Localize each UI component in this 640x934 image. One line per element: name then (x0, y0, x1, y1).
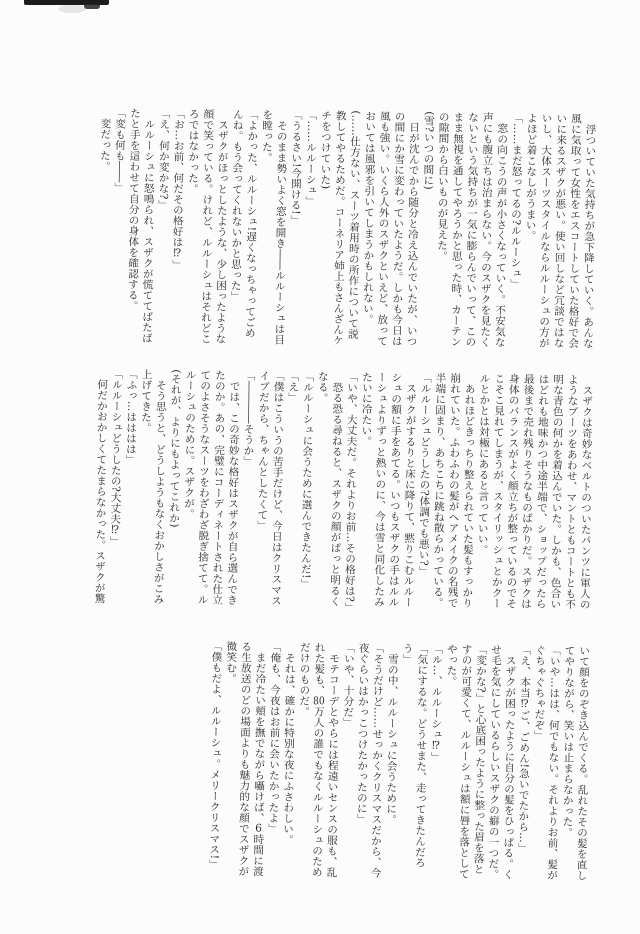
paragraph: 「いや、十分だ」 (338, 642, 356, 879)
paragraph: モテコーデとやらには程遠いセンスの服も、乱れた髪も、80万人の誰でもなくルルーシ… (294, 642, 341, 880)
text-band-bottom: いて顔をのぞき込んでくる。乱れたその髪を直してやりながら、笑いは止まらなかった。… (206, 641, 591, 883)
paragraph: 「僕もだよ、ルルーシュ。メリークリスマス!」 (206, 641, 224, 878)
paragraph: 日が沈んでから随分と冷え込んでいたが、いつの間にか雪に変わっていたようだ。しかも… (360, 110, 422, 348)
paragraph: 「――――そうか」 (239, 370, 257, 607)
paragraph: スザクが困ったように自分の髪をひっぱる。くせ毛を気にしているらしいスザクの癖の一… (485, 644, 517, 881)
tatechuyoko-number: 6 (252, 823, 264, 834)
paragraph: そのまま勢いよく窓を開き――ルルーシュは目を瞠った。 (257, 109, 289, 346)
paragraph: 窓の向こうの声が小さくなっていく。不安気な声にも腹立ちは治まらない。今のスザクを… (433, 111, 509, 349)
paragraph: スザクがほっとしたような、少し困ったような顔で笑っている。けれど、ルルーシュはそ… (183, 108, 230, 346)
paragraph: 「うるさい!今開ける!」 (286, 110, 304, 347)
tatechuyoko-number: 80 (313, 695, 325, 706)
paragraph: いて顔をのぞき込んでくる。乱れたその髪を直してやりながら、笑いは止まらなかった。 (559, 645, 591, 882)
paragraph: 「ルルーシュどうしたの?大丈夫⁉」 (107, 368, 125, 605)
paragraph: あれほどきっちり整えられていた髪もすっかり崩れていた。ふわふわの髪がヘアメイクの… (430, 372, 477, 610)
paragraph: 「ルルーシュに会うために選んできたんだ!」 (298, 371, 316, 608)
paragraph: 「いや、大丈夫だ。それよりお前…その格好は?」 (342, 371, 360, 608)
paragraph: 何だかおかしくてたまらなかった。スザクが驚 (92, 368, 110, 605)
paragraph: 「よかった、ルルーシュ!遅くなっちゃってごめんね。もう会ってくれないかと思った」 (227, 109, 259, 346)
paragraph: では、この奇妙な格好はスザクが自ら選んできたのか。あの、完璧にコーディネートされ… (180, 369, 242, 607)
paragraph: 恐る恐る尋ねると、スザクの顔がぱっと明るくなる。 (312, 371, 344, 608)
paragraph: 変だった。 (95, 107, 113, 344)
paragraph: それは、確かに特別な夜にふさわしい。 (280, 642, 298, 879)
text-band-middle: スザクは奇妙なベルトのついたパンツに軍人のようなブーツをあわせ、マントともコート… (92, 368, 595, 611)
paragraph: そう思うと、どうしようもなくおかしさがこみ上げてきた。 (136, 369, 168, 606)
paragraph: 「僕はこういうの苦手だけど、今日はクリスマスイブだから、ちゃんとしたくて」 (254, 370, 286, 607)
paragraph: 「ル…、ルルーシュ⁉」 (427, 643, 445, 880)
paragraph: 「え、本当⁉ご、ごめん!急いでたから…」 (515, 644, 533, 881)
text-band-top: 浮ついていた気持ちが急下降していく。あんな風に気取って女性をエスコートしていた格… (95, 107, 598, 350)
paragraph: (雪?いつの間に) (418, 111, 436, 348)
paragraph: 「え、何か変かな?」 (154, 108, 172, 345)
paragraph: 「ふっ…はははは」 (121, 369, 139, 606)
paragraph: 「気にするな。どうせまた、走ってきたんだろう」 (397, 643, 429, 880)
paragraph: 「……まだ怒ってるの?ルルーシュ」 (507, 112, 525, 349)
paragraph: 「変かな?」と心底困ったように整った眉を落とすのが可愛くて、ルルーシュは額に唇を… (441, 644, 488, 882)
paragraph: (それが、よりにもよってこれか) (165, 369, 183, 606)
paragraph: ルルーシュに怒鳴られ、スザクが慌ててばたばたと手を這わせて自分の身体を確認する。 (124, 108, 156, 345)
paragraph: まだ冷たい頬を撫でながら囁けば、6時間に渡る生放送のどの場面よりも魅力的な顔でス… (221, 641, 268, 879)
paragraph: 「そうだけど……せっかくクリスマスだから、今夜ぐらいはかっこつけたかったのに」 (353, 642, 385, 879)
paragraph: スザクがするりと床に降りて、黙りこむルルーシュの額に手をあてる。いつもスザクの手… (356, 371, 418, 609)
paragraph: (……仕方ない、スーツ着用時の所作について説教してやるためだ。コーネリア姉上もさ… (316, 110, 363, 348)
paragraph: スザクは奇妙なベルトのついたパンツに軍人のようなブーツをあわせ、マントともコート… (474, 373, 595, 611)
paragraph: 雪の中、ルルーシュに会うために。 (383, 643, 401, 880)
scanned-novel-page: 浮ついていた気持ちが急下降していく。あんな風に気取って女性をエスコートしていた格… (0, 0, 640, 934)
paragraph: 浮ついていた気持ちが急下降していく。あんな風に気取って女性をエスコートしていた格… (521, 112, 597, 350)
paragraph: 「お…お前、何だその格好は⁉」 (169, 108, 187, 345)
text-layer: 浮ついていた気持ちが急下降していく。あんな風に気取って女性をエスコートしていた格… (0, 0, 640, 934)
paragraph: 「いや…はは、何でもない。それよりお前、髪がぐちゃぐちゃだぞ」 (530, 645, 562, 882)
paragraph: 「……ルルーシュ」 (301, 110, 319, 347)
